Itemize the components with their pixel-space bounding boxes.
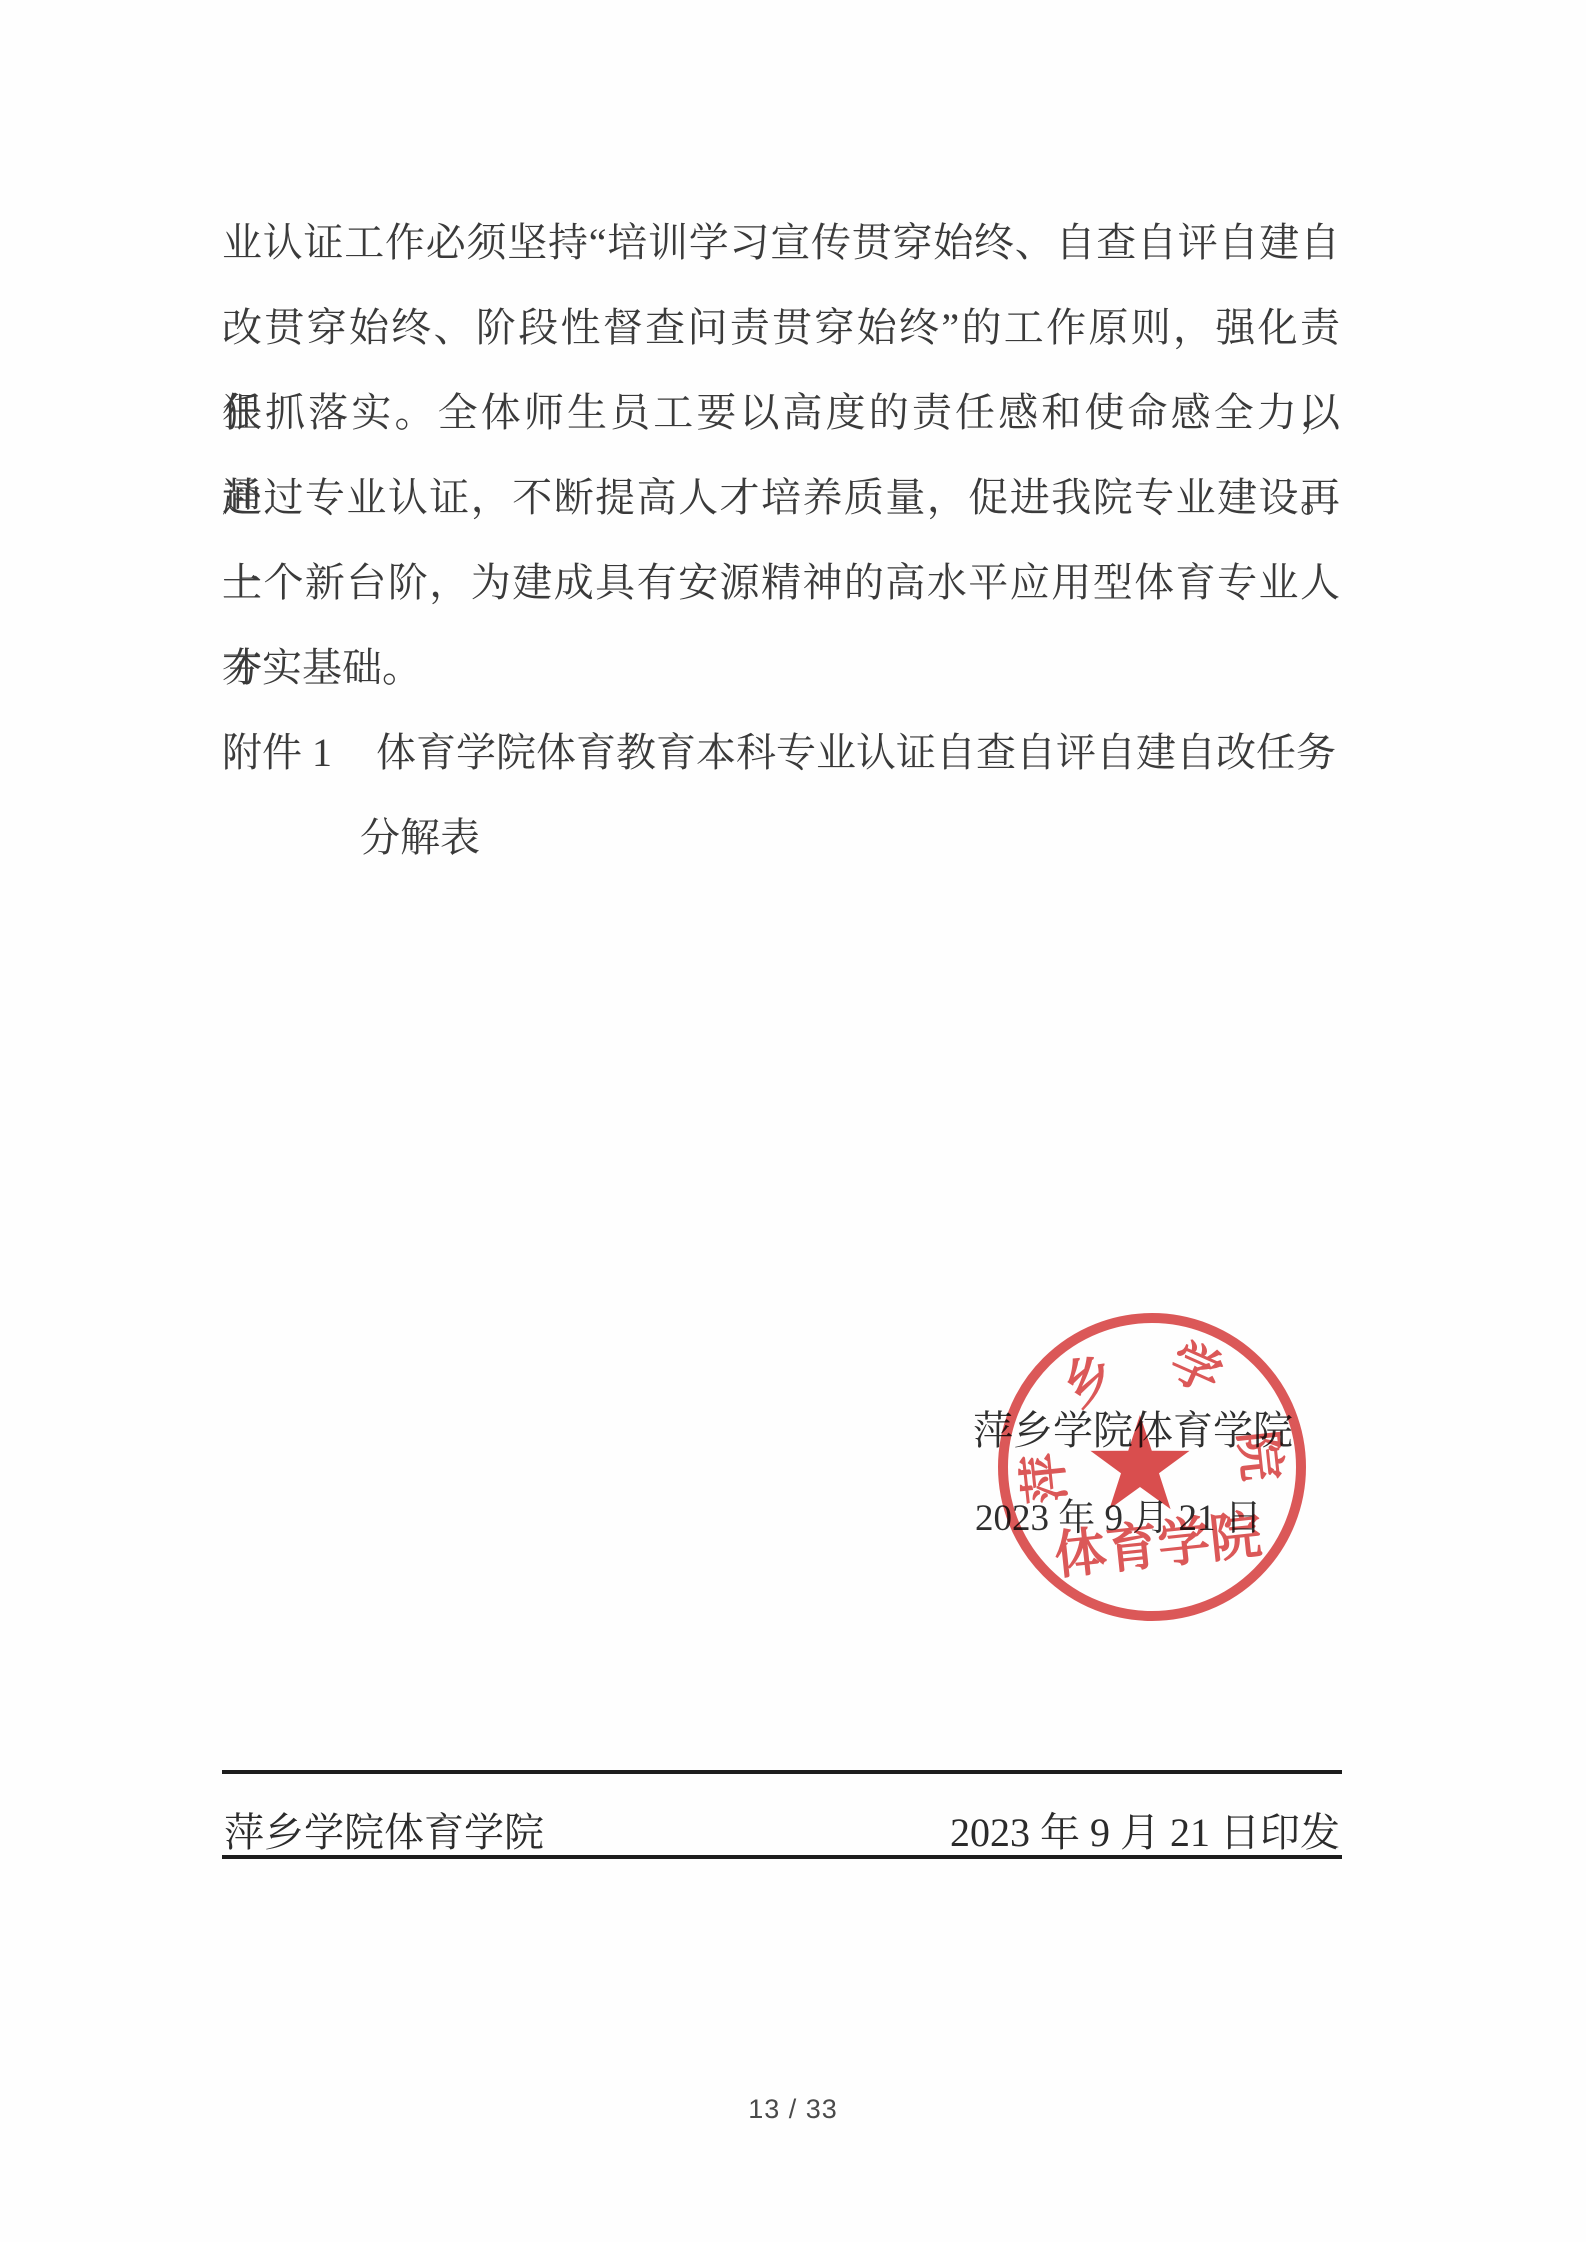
body-paragraph: 业认证工作必须坚持“培训学习宣传贯穿始终、自查自评自建自 改贯穿始终、阶段性督查…: [222, 200, 1340, 880]
signature-org: 萍乡学院体育学院: [973, 1399, 1293, 1456]
colophon-print-date: 2023 年 9 月 21 日印发: [950, 1811, 1340, 1855]
document-page: 业认证工作必须坚持“培训学习宣传贯穿始终、自查自评自建自 改贯穿始终、阶段性督查…: [0, 0, 1586, 2242]
body-line: 一个新台阶，为建成具有安源精神的高水平应用型体育专业人才: [222, 540, 1340, 625]
official-seal: 萍 乡 学 院 体育学院: [982, 1297, 1322, 1637]
body-line: 业认证工作必须坚持“培训学习宣传贯穿始终、自查自评自建自: [222, 200, 1340, 285]
colophon: 萍乡学院体育学院 2023 年 9 月 21 日印发: [222, 1770, 1342, 1859]
attachment-label: 附件 1: [222, 730, 332, 775]
body-line: 狠抓落实。全体师生员工要以高度的责任感和使命感全力以赴。: [222, 370, 1340, 455]
attachment-line: 附件 1体育学院体育教育本科专业认证自查自评自建自改任务: [222, 710, 1340, 795]
seal-ring-char: 学: [1162, 1333, 1230, 1404]
attachment-title: 体育学院体育教育本科专业认证自查自评自建自改任务: [376, 730, 1336, 775]
page-number: 13 / 33: [0, 2094, 1586, 2125]
attachment-title-line2: 分解表: [360, 795, 1340, 880]
body-line: 改贯穿始终、阶段性督查问责贯穿始终”的工作原则，强化责任，: [222, 285, 1340, 370]
signature-date: 2023 年 9 月 21 日: [975, 1487, 1262, 1541]
colophon-issuer: 萍乡学院体育学院: [224, 1811, 544, 1855]
body-line: 夯实基础。: [222, 625, 1340, 710]
body-line: 通过专业认证，不断提高人才培养质量，促进我院专业建设再上: [222, 455, 1340, 540]
